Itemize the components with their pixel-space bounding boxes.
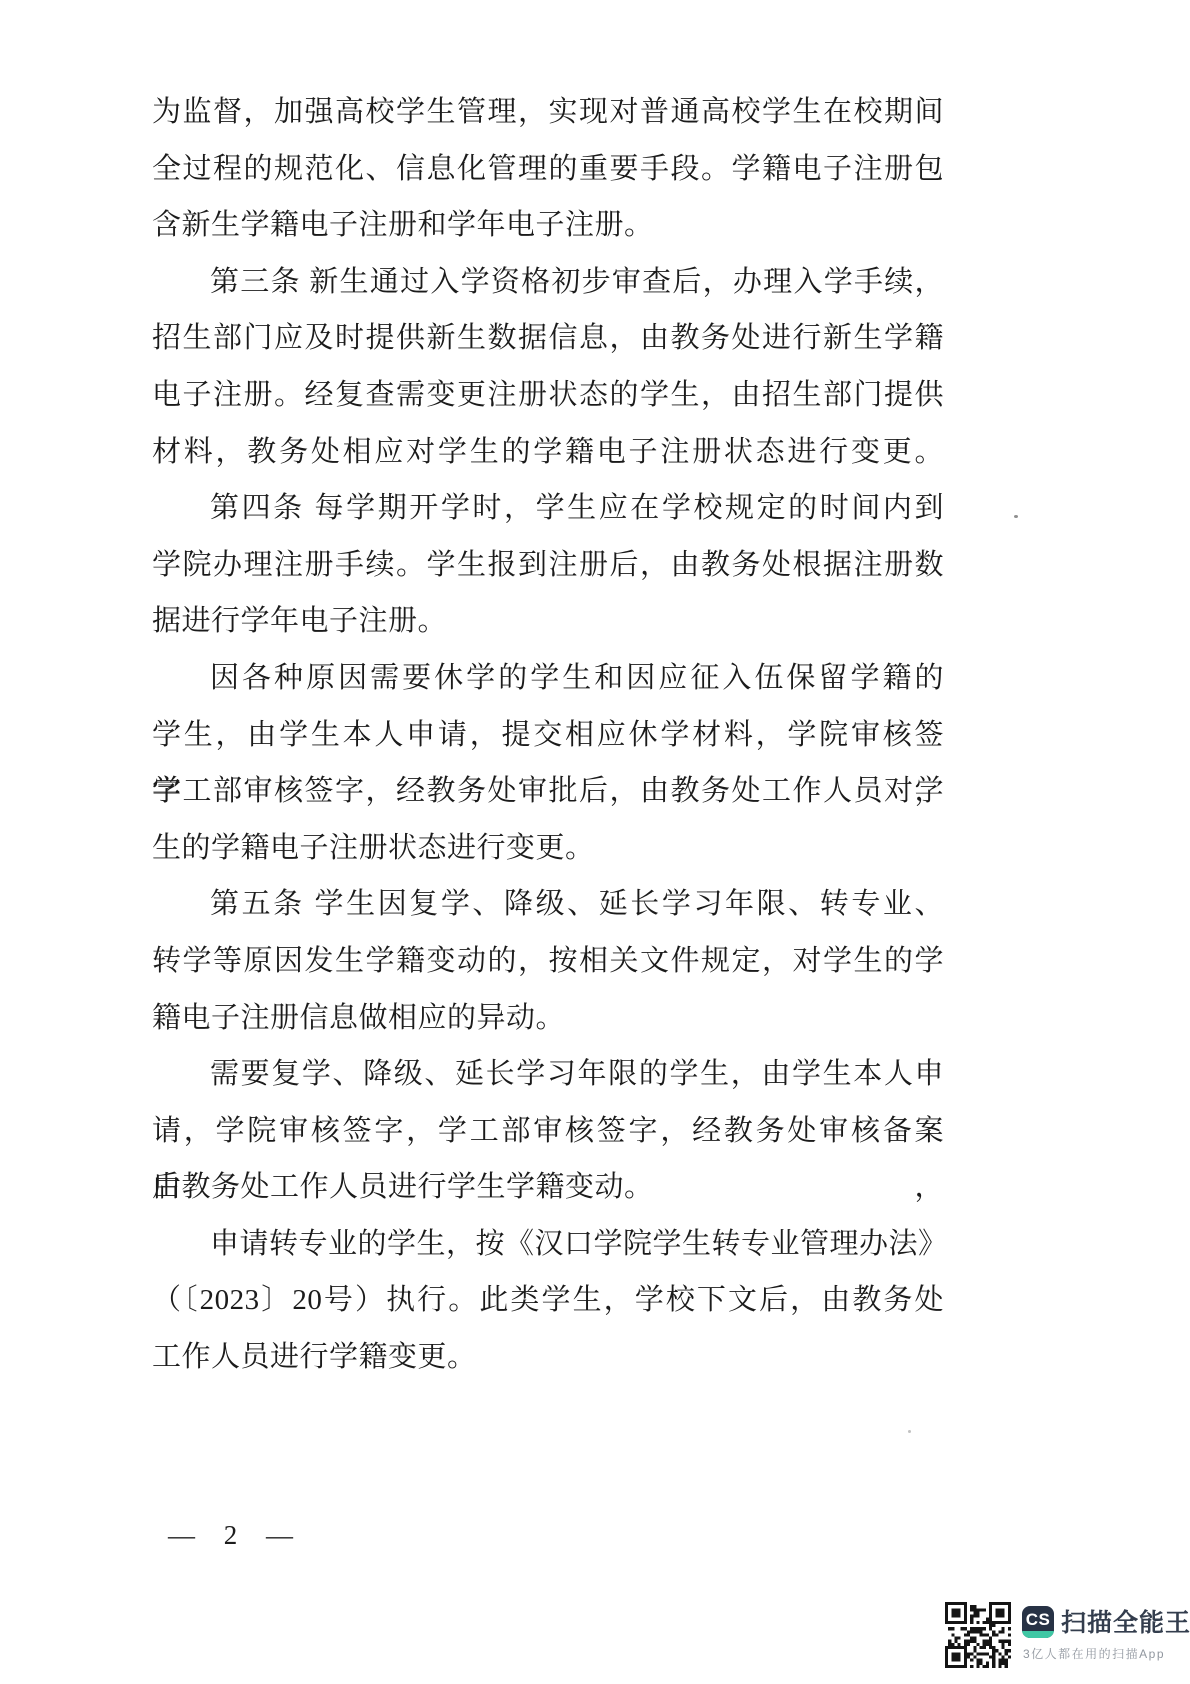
text-line-4: 第三条 新生通过入学资格初步审查后，办理入学手续， [152,254,944,311]
document-body: 为监督，加强高校学生管理，实现对普通高校学生在校期间全过程的规范化、信息化管理的… [152,84,944,1386]
camscanner-app-name: 扫描全能王 [1061,1603,1190,1639]
text-line-23: 工作人员进行学籍变更。 [152,1329,944,1386]
text-line-3: 含新生学籍电子注册和学年电子注册。 [152,197,944,254]
text-line-22: （〔2023〕20号）执行。此类学生，学校下文后，由教务处 [152,1272,944,1329]
text-line-15: 第五条 学生因复学、降级、延长学习年限、转专业、 [152,876,944,933]
camscanner-logo-text: CS [1022,1607,1054,1633]
text-line-11: 因各种原因需要休学的学生和因应征入伍保留学籍的 [152,650,944,707]
text-line-6: 电子注册。经复查需变更注册状态的学生，由招生部门提供 [152,367,944,424]
camscanner-tagline: 3亿人都在用的扫描App [1023,1645,1165,1662]
text-line-8: 第四条 每学期开学时，学生应在学校规定的时间内到 [152,480,944,537]
text-line-14: 生的学籍电子注册状态进行变更。 [152,820,944,877]
text-line-12: 学生，由学生本人申请，提交相应休学材料，学院审核签字， [152,707,944,764]
scan-speck [908,1430,911,1433]
text-line-9: 学院办理注册手续。学生报到注册后，由教务处根据注册数 [152,537,944,594]
text-line-5: 招生部门应及时提供新生数据信息，由教务处进行新生学籍 [152,310,944,367]
text-line-17: 籍电子注册信息做相应的异动。 [152,990,944,1047]
qr-code-icon [945,1602,1011,1668]
scan-speck [1014,515,1018,518]
text-line-19: 请，学院审核签字，学工部审核签字，经教务处审核备案后， [152,1103,944,1160]
camscanner-watermark: CS 扫描全能王 3亿人都在用的扫描App [945,1601,1190,1671]
text-line-10: 据进行学年电子注册。 [152,593,944,650]
text-line-21: 申请转专业的学生，按《汉口学院学生转专业管理办法》 [152,1216,944,1273]
text-line-2: 全过程的规范化、信息化管理的重要手段。学籍电子注册包 [152,141,944,198]
text-line-7: 材料，教务处相应对学生的学籍电子注册状态进行变更。 [152,424,944,481]
text-line-16: 转学等原因发生学籍变动的，按相关文件规定，对学生的学 [152,933,944,990]
camscanner-logo-accent-bar [1022,1631,1054,1638]
text-line-13: 学工部审核签字，经教务处审批后，由教务处工作人员对学 [152,763,944,820]
text-line-18: 需要复学、降级、延长学习年限的学生，由学生本人申 [152,1046,944,1103]
camscanner-logo-icon: CS [1022,1606,1054,1638]
scanned-document-page: 为监督，加强高校学生管理，实现对普通高校学生在校期间全过程的规范化、信息化管理的… [0,0,1190,1684]
text-line-1: 为监督，加强高校学生管理，实现对普通高校学生在校期间 [152,84,944,141]
page-number: — 2 — [168,1520,295,1551]
